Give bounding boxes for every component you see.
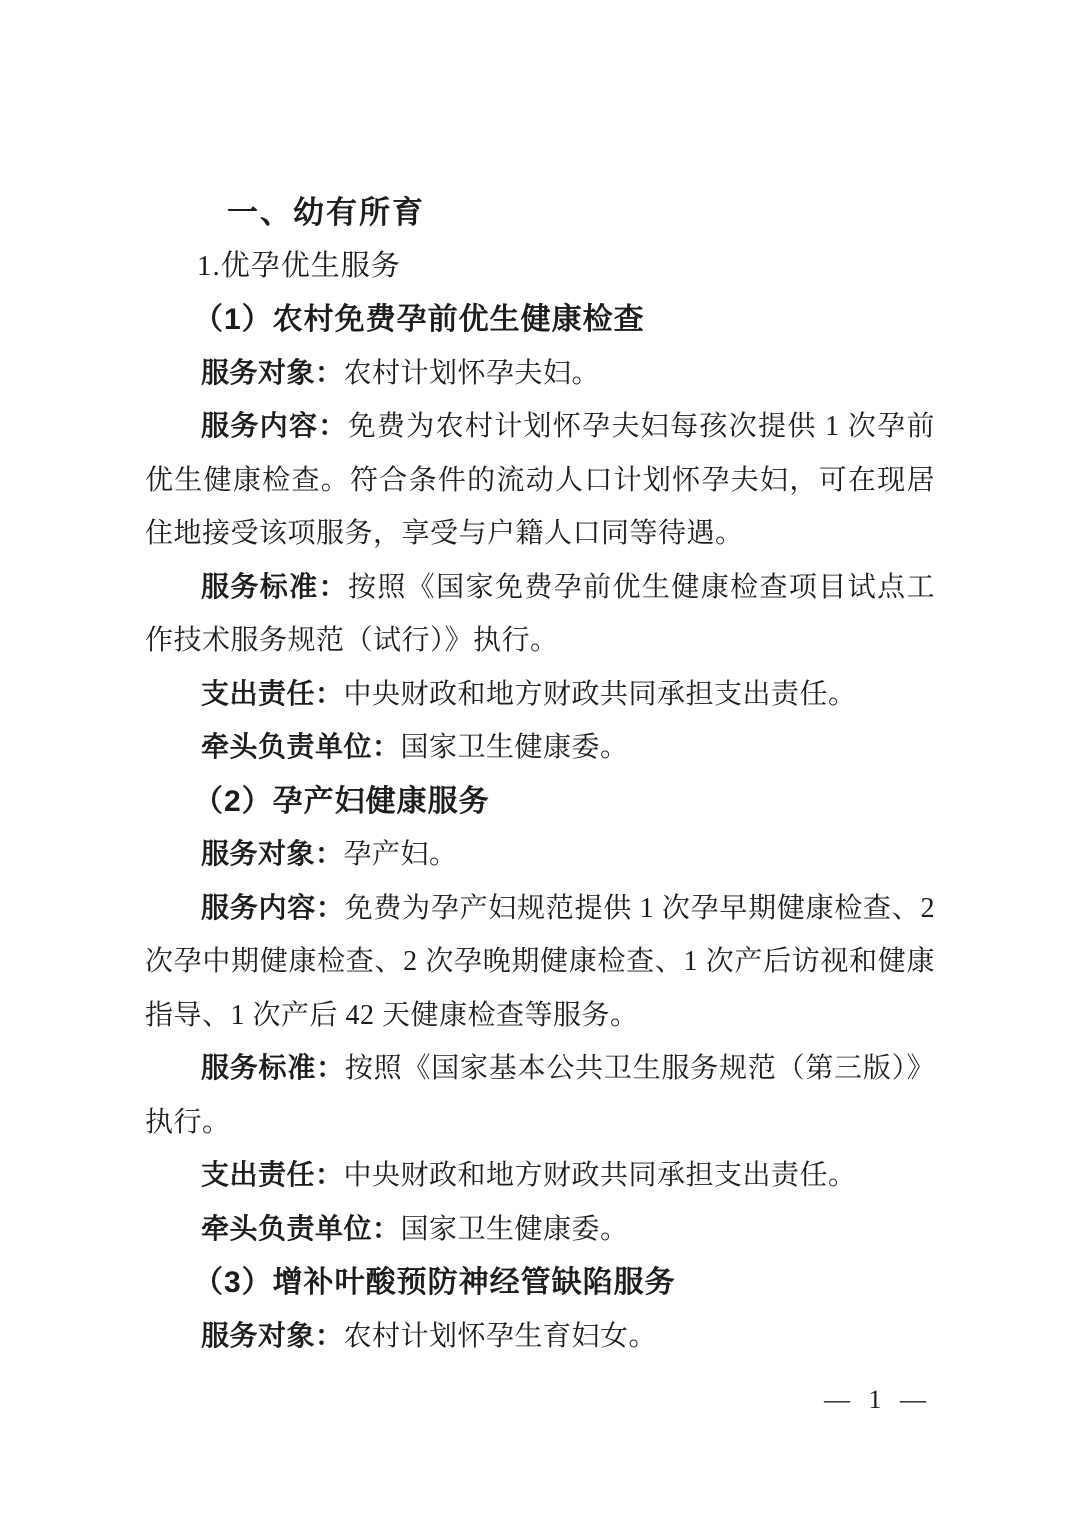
field-paragraph: 服务对象：农村计划怀孕生育妇女。 bbox=[145, 1310, 935, 1364]
field-paragraph: 服务内容：免费为孕产妇规范提供 1 次孕早期健康检查、2 次孕中期健康检查、2 … bbox=[145, 882, 935, 1043]
page-number: — 1 — bbox=[824, 1380, 932, 1420]
field-paragraph: 服务标准：按照《国家免费孕前优生健康检查项目试点工作技术服务规范（试行）》执行。 bbox=[145, 561, 935, 668]
field-paragraph: 牵头负责单位：国家卫生健康委。 bbox=[145, 1203, 935, 1257]
field-paragraph: 服务标准：按照《国家基本公共卫生服务规范（第三版）》执行。 bbox=[145, 1042, 935, 1149]
field-text: 中央财政和地方财政共同承担支出责任。 bbox=[344, 679, 857, 710]
field-text: 中央财政和地方财政共同承担支出责任。 bbox=[344, 1160, 857, 1191]
field-paragraph: 服务内容：免费为农村计划怀孕夫妇每孩次提供 1 次孕前优生健康检查。符合条件的流… bbox=[145, 400, 935, 561]
field-label: 服务内容： bbox=[201, 893, 345, 924]
section-title: 一、幼有所育 bbox=[227, 186, 935, 240]
field-text: 农村计划怀孕夫妇。 bbox=[344, 358, 601, 389]
field-text: 国家卫生健康委。 bbox=[401, 732, 629, 763]
field-label: 服务标准： bbox=[201, 572, 348, 603]
field-label: 支出责任： bbox=[201, 679, 344, 710]
field-label: 服务对象： bbox=[201, 358, 344, 389]
subsection-title: 1.优孕优生服务 bbox=[197, 240, 935, 294]
field-label: 支出责任： bbox=[201, 1160, 344, 1191]
document-body: （1）农村免费孕前优生健康检查服务对象：农村计划怀孕夫妇。服务内容：免费为农村计… bbox=[145, 293, 935, 1363]
item-heading: （2）孕产妇健康服务 bbox=[193, 775, 935, 829]
field-label: 服务内容： bbox=[201, 411, 348, 442]
field-paragraph: 支出责任：中央财政和地方财政共同承担支出责任。 bbox=[145, 1149, 935, 1203]
item-heading: （1）农村免费孕前优生健康检查 bbox=[193, 293, 935, 347]
field-paragraph: 服务对象：孕产妇。 bbox=[145, 828, 935, 882]
field-label: 牵头负责单位： bbox=[201, 1214, 401, 1245]
field-label: 服务对象： bbox=[201, 839, 344, 870]
field-label: 牵头负责单位： bbox=[201, 732, 401, 763]
field-text: 农村计划怀孕生育妇女。 bbox=[344, 1321, 658, 1352]
document-page: 一、幼有所育 1.优孕优生服务 （1）农村免费孕前优生健康检查服务对象：农村计划… bbox=[0, 0, 1080, 1527]
field-label: 服务标准： bbox=[201, 1053, 345, 1084]
field-text: 国家卫生健康委。 bbox=[401, 1214, 629, 1245]
item-heading: （3）增补叶酸预防神经管缺陷服务 bbox=[193, 1256, 935, 1310]
field-text: 孕产妇。 bbox=[344, 839, 458, 870]
field-label: 服务对象： bbox=[201, 1321, 344, 1352]
field-paragraph: 支出责任：中央财政和地方财政共同承担支出责任。 bbox=[145, 668, 935, 722]
field-paragraph: 牵头负责单位：国家卫生健康委。 bbox=[145, 721, 935, 775]
field-paragraph: 服务对象：农村计划怀孕夫妇。 bbox=[145, 347, 935, 401]
